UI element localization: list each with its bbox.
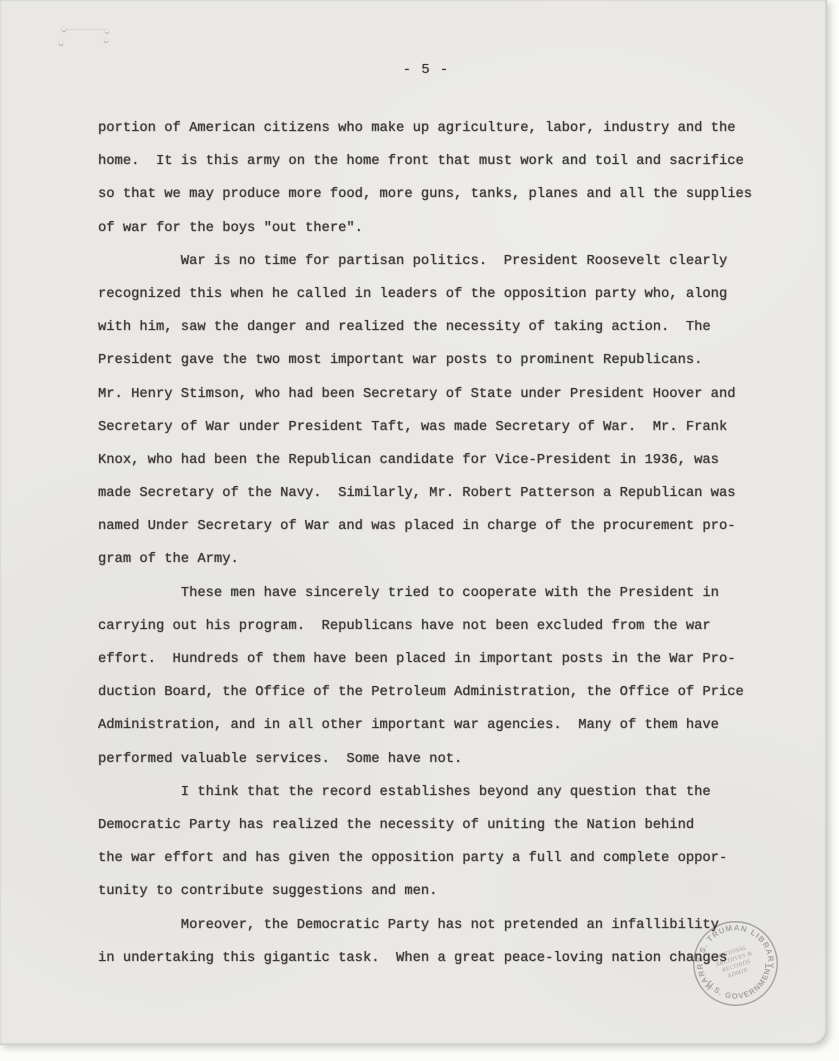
document-line: War is no time for partisan politics. Pr…	[98, 245, 752, 278]
document-line: home. It is this army on the home front …	[98, 145, 752, 178]
document-line: recognized this when he called in leader…	[98, 278, 752, 311]
document-page: - 5 - portion of American citizens who m…	[0, 0, 827, 1045]
document-line: performed valuable services. Some have n…	[98, 743, 752, 776]
document-line: with him, saw the danger and realized th…	[98, 311, 752, 344]
document-line: made Secretary of the Navy. Similarly, M…	[98, 477, 752, 510]
document-line: in undertaking this gigantic task. When …	[98, 942, 752, 975]
document-line: the war effort and has given the opposit…	[98, 842, 752, 875]
document-line: duction Board, the Office of the Petrole…	[98, 676, 752, 709]
staple-impression	[66, 29, 108, 32]
document-line: President gave the two most important wa…	[98, 344, 752, 377]
document-line: Mr. Henry Stimson, who had been Secretar…	[98, 378, 752, 411]
staple-hole	[104, 38, 108, 42]
document-line: I think that the record establishes beyo…	[98, 776, 752, 809]
document-line: carrying out his program. Republicans ha…	[98, 610, 752, 643]
document-body: portion of American citizens who make up…	[98, 112, 752, 975]
document-line: effort. Hundreds of them have been place…	[98, 643, 752, 676]
document-line: Moreover, the Democratic Party has not p…	[98, 909, 752, 942]
document-line: portion of American citizens who make up…	[98, 112, 752, 145]
document-line: so that we may produce more food, more g…	[98, 178, 752, 211]
staple-hole	[105, 29, 109, 33]
document-line: tunity to contribute suggestions and men…	[98, 875, 752, 908]
document-line: Democratic Party has realized the necess…	[98, 809, 752, 842]
document-line: named Under Secretary of War and was pla…	[98, 510, 752, 543]
staple-hole	[62, 27, 66, 31]
document-line: of war for the boys "out there".	[98, 212, 752, 245]
document-line: gram of the Army.	[98, 543, 752, 576]
document-line: Secretary of War under President Taft, w…	[98, 411, 752, 444]
document-line: Administration, and in all other importa…	[98, 709, 752, 742]
staple-hole	[59, 41, 63, 45]
page-number: - 5 -	[98, 63, 754, 78]
archives-stamp: HARRY S. TRUMAN LIBRARY U.S. GOVERNMENT …	[684, 912, 787, 1015]
document-line: Knox, who had been the Republican candid…	[98, 444, 752, 477]
document-line: These men have sincerely tried to cooper…	[98, 577, 752, 610]
